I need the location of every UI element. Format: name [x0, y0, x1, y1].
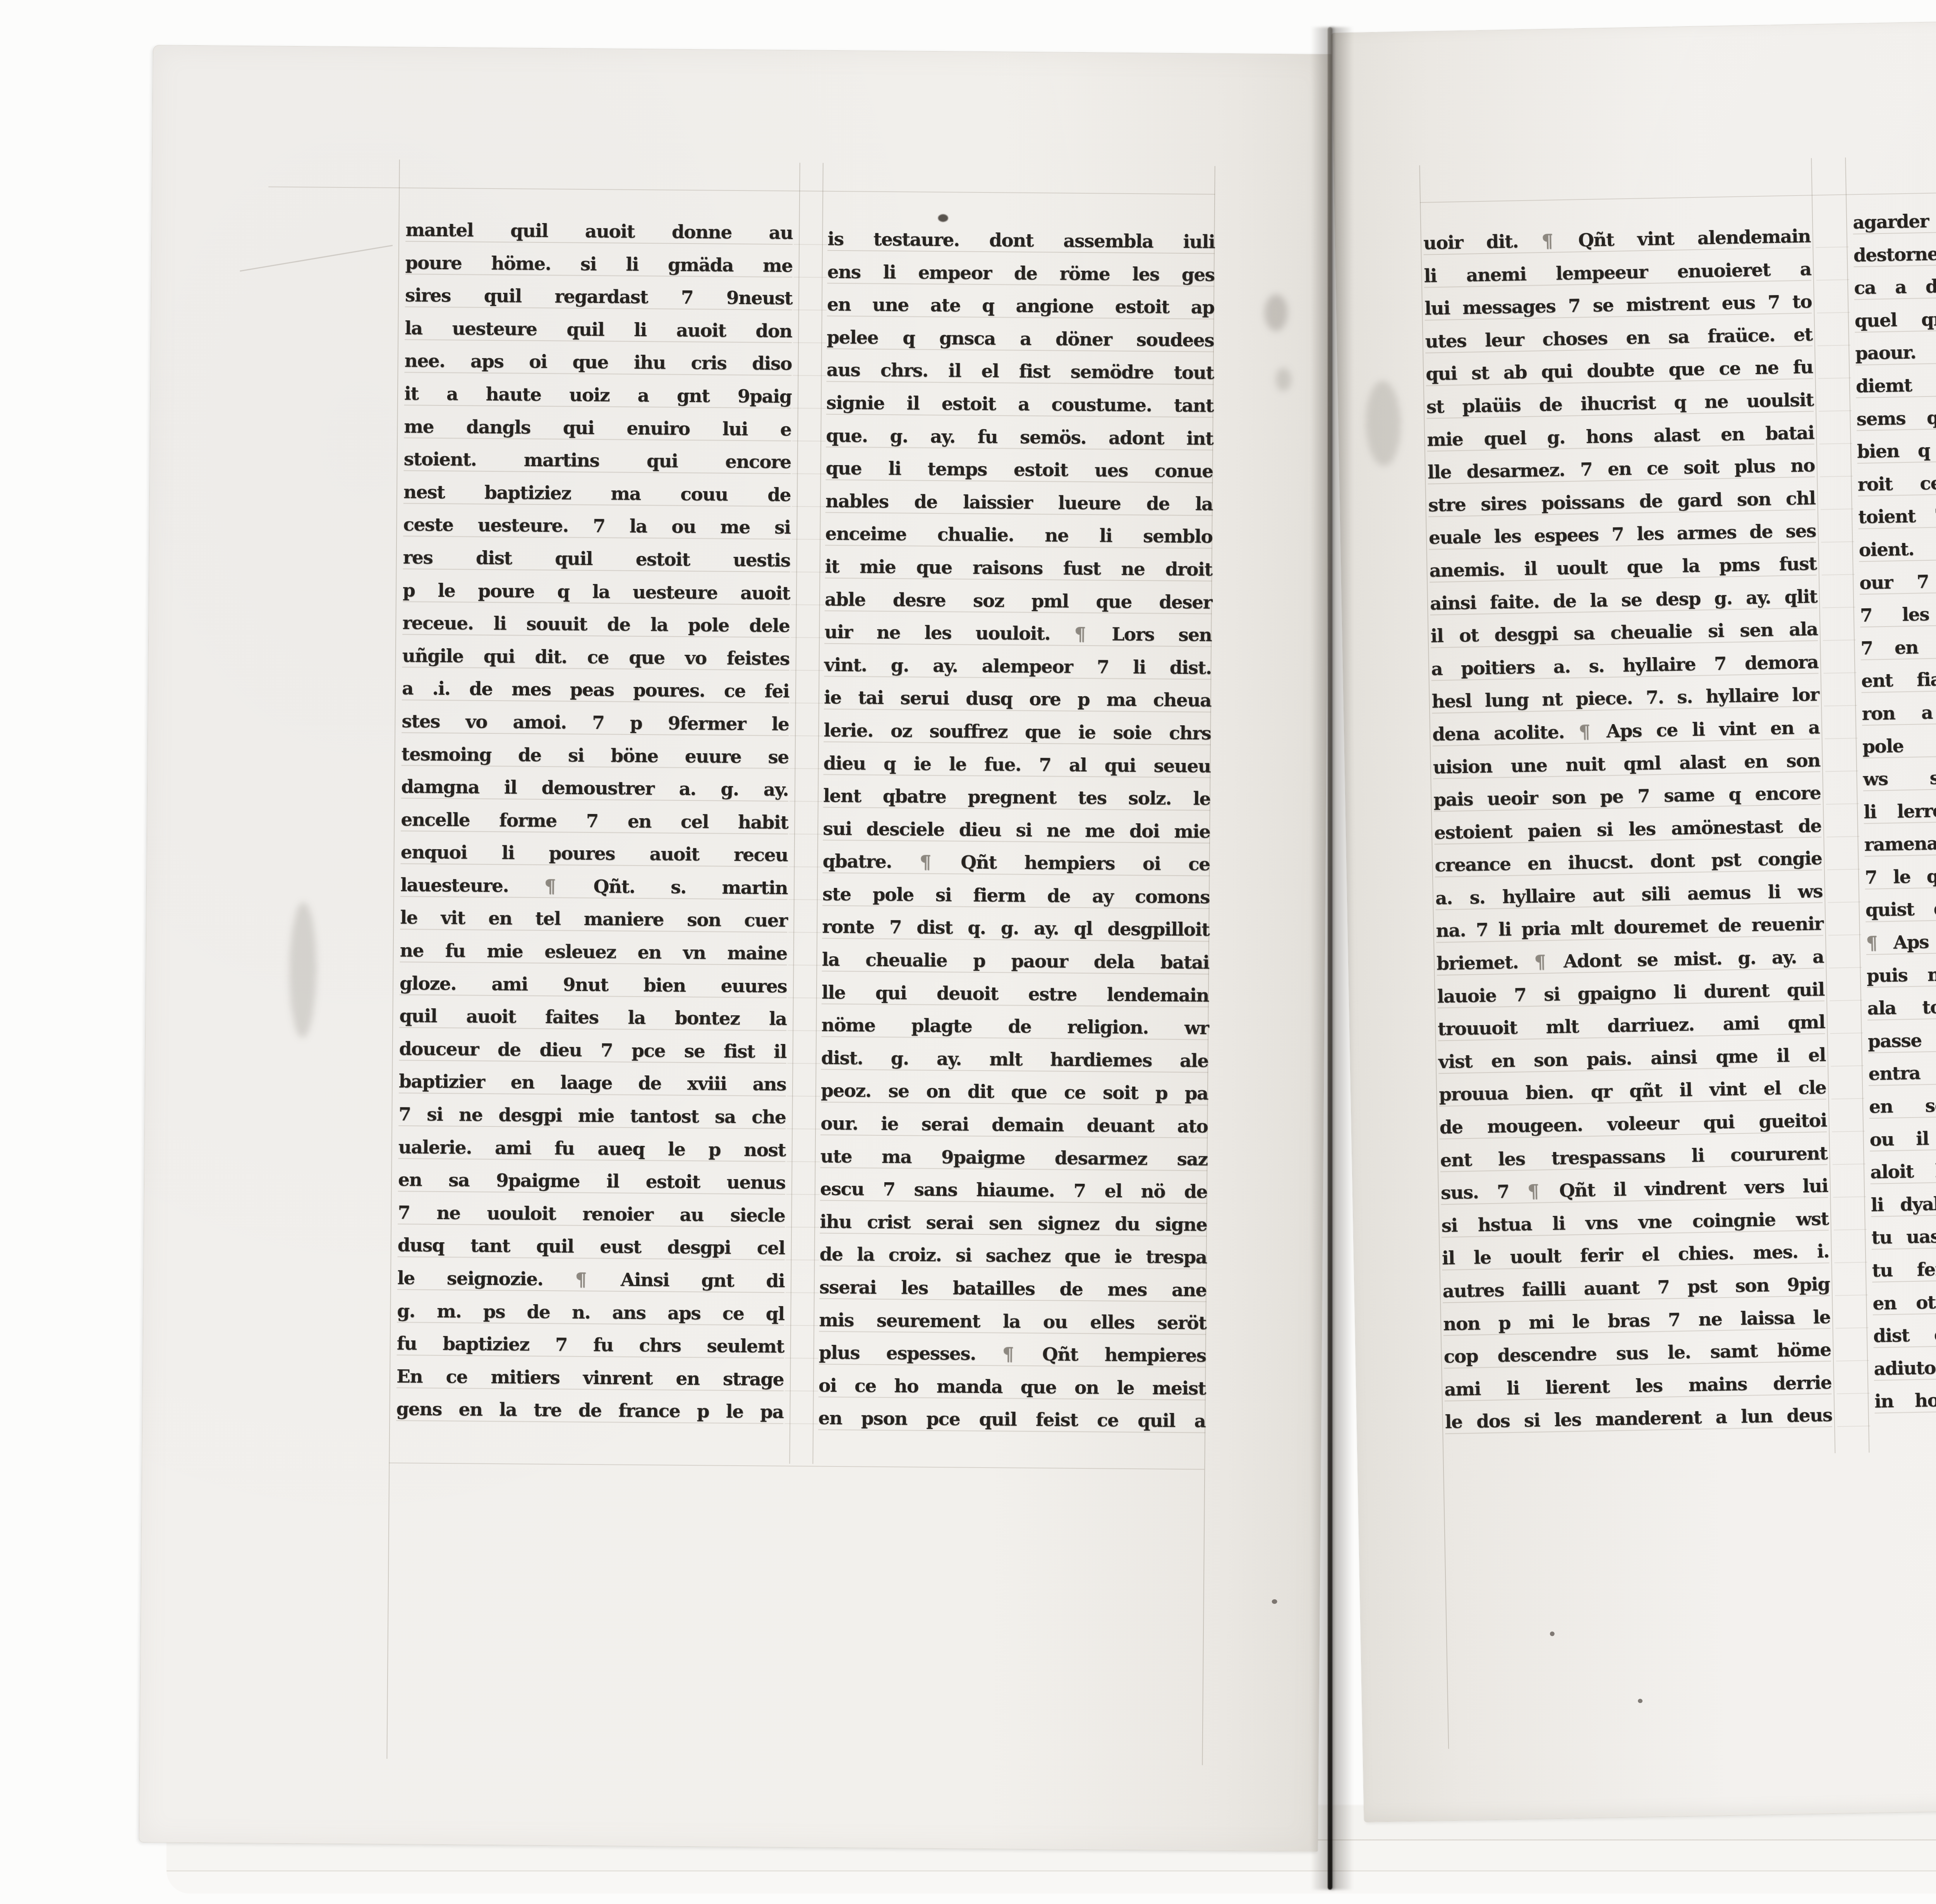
- manuscript-line: ualerie. ami fu aueq le p nost: [398, 1131, 786, 1167]
- manuscript-line: fu baptiziez 7 fu chrs seulemt: [396, 1327, 784, 1363]
- manuscript-line: stes vo amoi. 7 p 9fermer le: [402, 705, 789, 741]
- gutter-core: [1328, 27, 1332, 1890]
- manuscript-line: signie il estoit a coustume. tant: [826, 387, 1214, 422]
- gutter-stain: [1275, 368, 1291, 391]
- manuscript-line: res dist quil estoit uestis: [403, 541, 790, 577]
- ink-blot: [938, 214, 948, 222]
- manuscript-line: escu 7 sans hiaume. 7 el nö de: [820, 1173, 1208, 1209]
- gutter-stain: [1264, 294, 1288, 331]
- manuscript-line: peoz. se on dit que ce soit p pa: [821, 1075, 1208, 1110]
- manuscript-line: gens en la tre de france p le pa: [396, 1393, 784, 1429]
- manuscript-line: receue. li souuit de la pole dele: [402, 607, 790, 642]
- manuscript-line: En ce mitiers vinrent en strage: [396, 1360, 784, 1396]
- foxing-speck: [1550, 1631, 1555, 1636]
- text-column-3: uoir dit. ¶ Qñt vint alendemainli anemi …: [1423, 220, 1832, 1439]
- manuscript-line: 7 si ne desgpi mie tantost sa che: [398, 1098, 786, 1134]
- foxing-speck: [1272, 1599, 1277, 1604]
- manuscript-line: damgna il demoustrer a. g. ay.: [401, 771, 789, 806]
- manuscript-line: ne fu mie esleuez en vn maine: [400, 934, 787, 970]
- manuscript-line: able desre soz pml que deser: [825, 583, 1212, 619]
- manuscript-line: ceste uesteure. 7 la ou me si: [403, 509, 791, 544]
- paragraph-mark: ¶: [920, 852, 933, 873]
- manuscript-line: lauesteure. ¶ Qñt. s. martin: [400, 869, 788, 905]
- foxing-speck: [1638, 1699, 1643, 1703]
- manuscript-line: ens li empeor de röme les ges: [827, 256, 1215, 291]
- manuscript-line: agarder 7 al le mena en. i. lieu: [1852, 199, 1936, 239]
- manuscript-line: a .i. de mes peas poures. ce fei: [402, 672, 790, 708]
- manuscript-line: ie tai serui dusq ore p ma cheua: [824, 682, 1212, 717]
- manuscript-line: dusq tant quil eust desgpi cel: [397, 1229, 785, 1265]
- manuscript-line: que. g. ay. fu semös. adont int: [826, 419, 1213, 455]
- manuscript-line: nee. aps oi que ihu cris diso: [404, 345, 792, 381]
- manuscript-line: aus chrs. il el fist semödre tout: [826, 354, 1214, 390]
- manuscript-line: 7 ne uouloit renoier au siecle: [398, 1197, 785, 1232]
- paragraph-mark: ¶: [1866, 932, 1879, 954]
- manuscript-line: nables de laissier lueure de la: [826, 485, 1213, 521]
- manuscript-line: vint. g. ay. alempeor 7 li dist.: [824, 649, 1212, 684]
- manuscript-line: la uesteure quil li auoit don: [405, 312, 792, 348]
- manuscript-line: nest baptiziez ma couu de: [403, 476, 791, 512]
- manuscript-line: ihu crist serai sen signez du signe: [820, 1206, 1207, 1241]
- manuscript-line: sires quil regardast 7 9neust: [405, 279, 793, 315]
- manuscript-scan: mantel quil auoit donne aupoure höme. si…: [0, 0, 1936, 1904]
- manuscript-line: uir ne les uouloit. ¶ Lors sen: [824, 616, 1212, 652]
- left-page: mantel quil auoit donne aupoure höme. si…: [139, 45, 1332, 1852]
- manuscript-line: qbatre. ¶ Qñt hempiers oi ce: [822, 845, 1210, 881]
- manuscript-line: nöme plagte de religion. wr: [821, 1009, 1209, 1045]
- manuscript-line: en une ate q angione estoit ap: [827, 288, 1215, 324]
- manuscript-line: dist. g. ay. mlt hardiemes ale: [821, 1042, 1208, 1078]
- paragraph-mark: ¶: [1534, 951, 1548, 973]
- manuscript-line: le dos si les manderent a lun deus: [1445, 1399, 1832, 1439]
- manuscript-line: ute ma 9paigme desarmez saz: [820, 1140, 1208, 1176]
- manuscript-line: enceime chualie. ne li semblo: [825, 518, 1213, 553]
- manuscript-line: p le poure q la uesteure auoit: [403, 574, 790, 610]
- manuscript-line: la cheualie p paour dela batai: [822, 944, 1209, 979]
- manuscript-line: que li temps estoit ues conue: [826, 452, 1213, 488]
- manuscript-line: lent qbatre pregnent tes solz. le: [823, 780, 1211, 816]
- manuscript-line: enquoi li poures auoit receu: [400, 836, 788, 872]
- paragraph-mark: ¶: [544, 876, 558, 897]
- manuscript-line: uñgile qui dit. ce que vo feistes: [402, 640, 790, 675]
- text-column-1: mantel quil auoit donne aupoure höme. si…: [396, 214, 793, 1429]
- paragraph-mark: ¶: [1541, 230, 1555, 252]
- manuscript-line: de la croiz. si sachez que ie trespa: [819, 1238, 1207, 1274]
- manuscript-line: lle qui deuoit estre lendemain: [822, 976, 1209, 1012]
- manuscript-line: baptizier en laage de xviii ans: [399, 1066, 786, 1101]
- ruling-horizontal: [268, 186, 1215, 194]
- manuscript-line: gloze. ami 9nut bien euures: [400, 967, 787, 1003]
- paragraph-mark: ¶: [1074, 623, 1088, 645]
- right-page: 302 S ·nj· nj· uoir dit. ¶ Qñt vint alen…: [1331, 10, 1936, 1822]
- surface-scratch: [240, 245, 393, 271]
- paragraph-mark: ¶: [1527, 1181, 1541, 1202]
- manuscript-line: douceur de dieu 7 pce se fist il: [399, 1033, 786, 1068]
- manuscript-line: ronte 7 dist q. g. ay. ql desgpilloit: [822, 911, 1210, 946]
- paragraph-mark: ¶: [575, 1269, 589, 1290]
- manuscript-line: oi ce ho manda que on le meist: [819, 1369, 1206, 1405]
- manuscript-line: g. m. ps de n. ans aps ce ql: [397, 1295, 784, 1331]
- manuscript-line: sui desciele dieu si ne me doi mie: [823, 812, 1210, 848]
- manuscript-line: lerie. oz souffrez que ie soie chrs: [824, 714, 1211, 750]
- gutter-stain: [1365, 381, 1401, 467]
- ruling-horizontal: [389, 1463, 1204, 1470]
- ruling-horizontal: [1420, 185, 1936, 203]
- manuscript-line: en pson pce quil feist ce quil a: [818, 1402, 1206, 1438]
- text-column-2: is testaure. dont assembla iuliens li em…: [818, 223, 1215, 1438]
- manuscript-line: pelee q gnsca a döner soudees: [827, 321, 1214, 357]
- manuscript-line: tesmoing de si böne euure se: [401, 738, 789, 774]
- manuscript-line: en sa 9paigme il estoit uenus: [398, 1164, 786, 1199]
- manuscript-line: our. ie serai demain deuant ato: [820, 1107, 1208, 1143]
- manuscript-line: le vit en tel maniere son cuer: [400, 902, 788, 937]
- manuscript-line: it a haute uoiz a gnt 9paig: [404, 378, 792, 413]
- manuscript-line: mis seurement la ou elles seröt: [819, 1304, 1207, 1339]
- manuscript-line: sserai les batailles de mes ane: [819, 1271, 1207, 1307]
- margin-smudge: [289, 902, 317, 1038]
- manuscript-line: it mie que raisons fust ne droit: [825, 551, 1212, 586]
- manuscript-line: me dangls qui enuiro lui e: [404, 410, 791, 446]
- manuscript-line: is testaure. dont assembla iuli: [827, 223, 1215, 259]
- manuscript-line: quil auoit faites la bontez la: [399, 1000, 787, 1035]
- manuscript-line: poure höme. si li gmäda me: [405, 247, 793, 282]
- paragraph-mark: ¶: [1579, 721, 1592, 743]
- manuscript-line: plus espesses. ¶ Qñt hempieres: [819, 1337, 1206, 1372]
- manuscript-line: le seignozie. ¶ Ainsi gnt di: [397, 1262, 785, 1298]
- manuscript-line: stoient. martins qui encore: [403, 443, 791, 479]
- paragraph-mark: ¶: [1002, 1344, 1016, 1365]
- manuscript-line: encelle forme 7 en cel habit: [401, 803, 788, 839]
- ruling-vertical: [386, 160, 400, 1759]
- manuscript-line: ste pole si fierm de ay comons: [822, 878, 1210, 914]
- manuscript-line: mantel quil auoit donne au: [405, 214, 793, 249]
- manuscript-line: dieu q ie le fue. 7 al qui seueu: [823, 747, 1211, 783]
